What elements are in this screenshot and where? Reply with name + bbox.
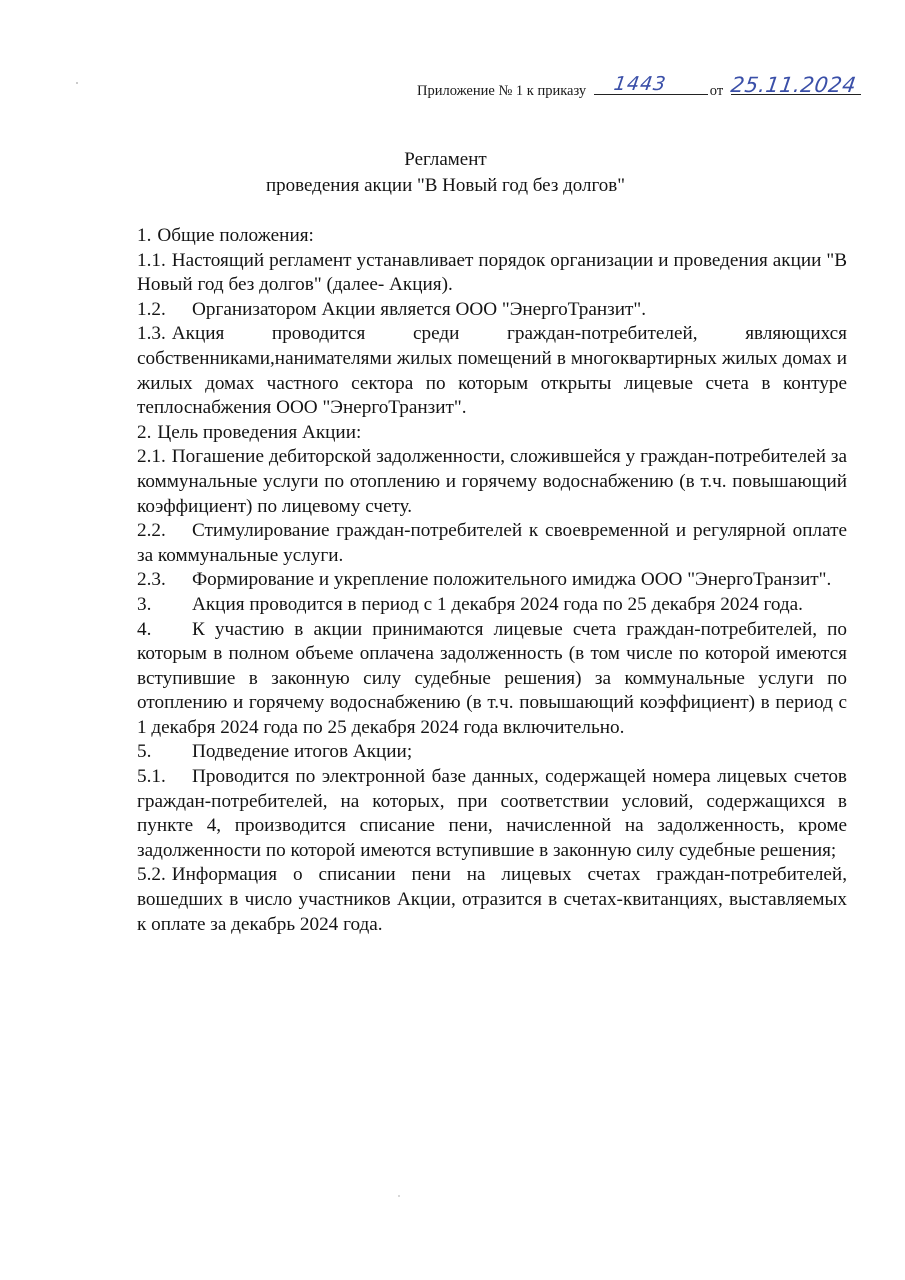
document-page: Приложение № 1 к приказу 1443 от 25.11.2… [0, 0, 905, 1280]
clause-number: 4. [137, 618, 192, 643]
clause-number: 5.2. [137, 863, 166, 888]
clause-text: Информация о списании пени на лицевых сч… [137, 864, 847, 934]
order-number-field: 1443 [594, 78, 708, 95]
clause-number: 2.1. [137, 445, 166, 470]
scan-speck [398, 1195, 400, 1197]
section-text: Общие положения: [157, 225, 314, 246]
clause-number: 1.1. [137, 249, 166, 274]
clause: 1.2.Организатором Акции является ООО "Эн… [137, 298, 847, 323]
order-date-handwritten: 25.11.2024 [729, 73, 858, 97]
clause: 5.1.Проводится по электронной базе данны… [137, 765, 847, 863]
document-body: 1.Общие положения: 1.1.Настоящий регламе… [137, 224, 847, 937]
scan-speck [76, 82, 78, 84]
clause-text: К участию в акции принимаются лицевые сч… [137, 619, 847, 738]
document-title: Регламент [0, 147, 898, 173]
clause-number: 5.1. [137, 765, 192, 790]
clause-text: Организатором Акции является ООО "Энерго… [192, 299, 646, 320]
clause: 4.К участию в акции принимаются лицевые … [137, 618, 847, 741]
clause-number: 1.2. [137, 298, 192, 323]
section-heading: 2.Цель проведения Акции: [137, 421, 847, 446]
clause-number: 3. [137, 593, 192, 618]
clause-text: Стимулирование граждан-потребителей к св… [137, 520, 847, 566]
clause-text: Формирование и укрепление положительного… [192, 569, 831, 590]
clause: 1.3.Акция проводится среди граждан-потре… [137, 322, 847, 420]
order-date-field: 25.11.2024 [731, 78, 861, 95]
attachment-header: Приложение № 1 к приказу 1443 от 25.11.2… [417, 78, 861, 100]
clause-text: Проводится по электронной базе данных, с… [137, 766, 847, 861]
clause-number: 2.3. [137, 568, 192, 593]
section-text: Подведение итогов Акции; [192, 741, 412, 762]
clause: 2.1.Погашение дебиторской задолженности,… [137, 445, 847, 519]
clause: 5.2.Информация о списании пени на лицевы… [137, 863, 847, 937]
clause: 3.Акция проводится в период с 1 декабря … [137, 593, 847, 618]
clause-number: 1.3. [137, 322, 166, 347]
section-text: Цель проведения Акции: [157, 422, 361, 443]
section-heading: 1.Общие положения: [137, 224, 847, 249]
clause-text: Погашение дебиторской задолженности, сло… [137, 446, 847, 516]
section-heading: 5.Подведение итогов Акции; [137, 740, 847, 765]
clause-text: Настоящий регламент устанавливает порядо… [137, 250, 847, 296]
section-number: 2. [137, 421, 151, 446]
from-label: от [710, 83, 723, 99]
section-number: 1. [137, 224, 151, 249]
document-subtitle: проведения акции "В Новый год без долгов… [0, 173, 898, 199]
clause: 1.1.Настоящий регламент устанавливает по… [137, 249, 847, 298]
order-number-handwritten: 1443 [612, 73, 667, 95]
clause: 2.2.Стимулирование граждан-потребителей … [137, 519, 847, 568]
clause: 2.3.Формирование и укрепление положитель… [137, 568, 847, 593]
section-number: 5. [137, 740, 192, 765]
clause-text: Акция проводится в период с 1 декабря 20… [192, 594, 803, 615]
clause-text: Акция проводится среди граждан-потребите… [137, 323, 847, 418]
attachment-prefix: Приложение № 1 к приказу [417, 83, 586, 99]
clause-number: 2.2. [137, 519, 192, 544]
